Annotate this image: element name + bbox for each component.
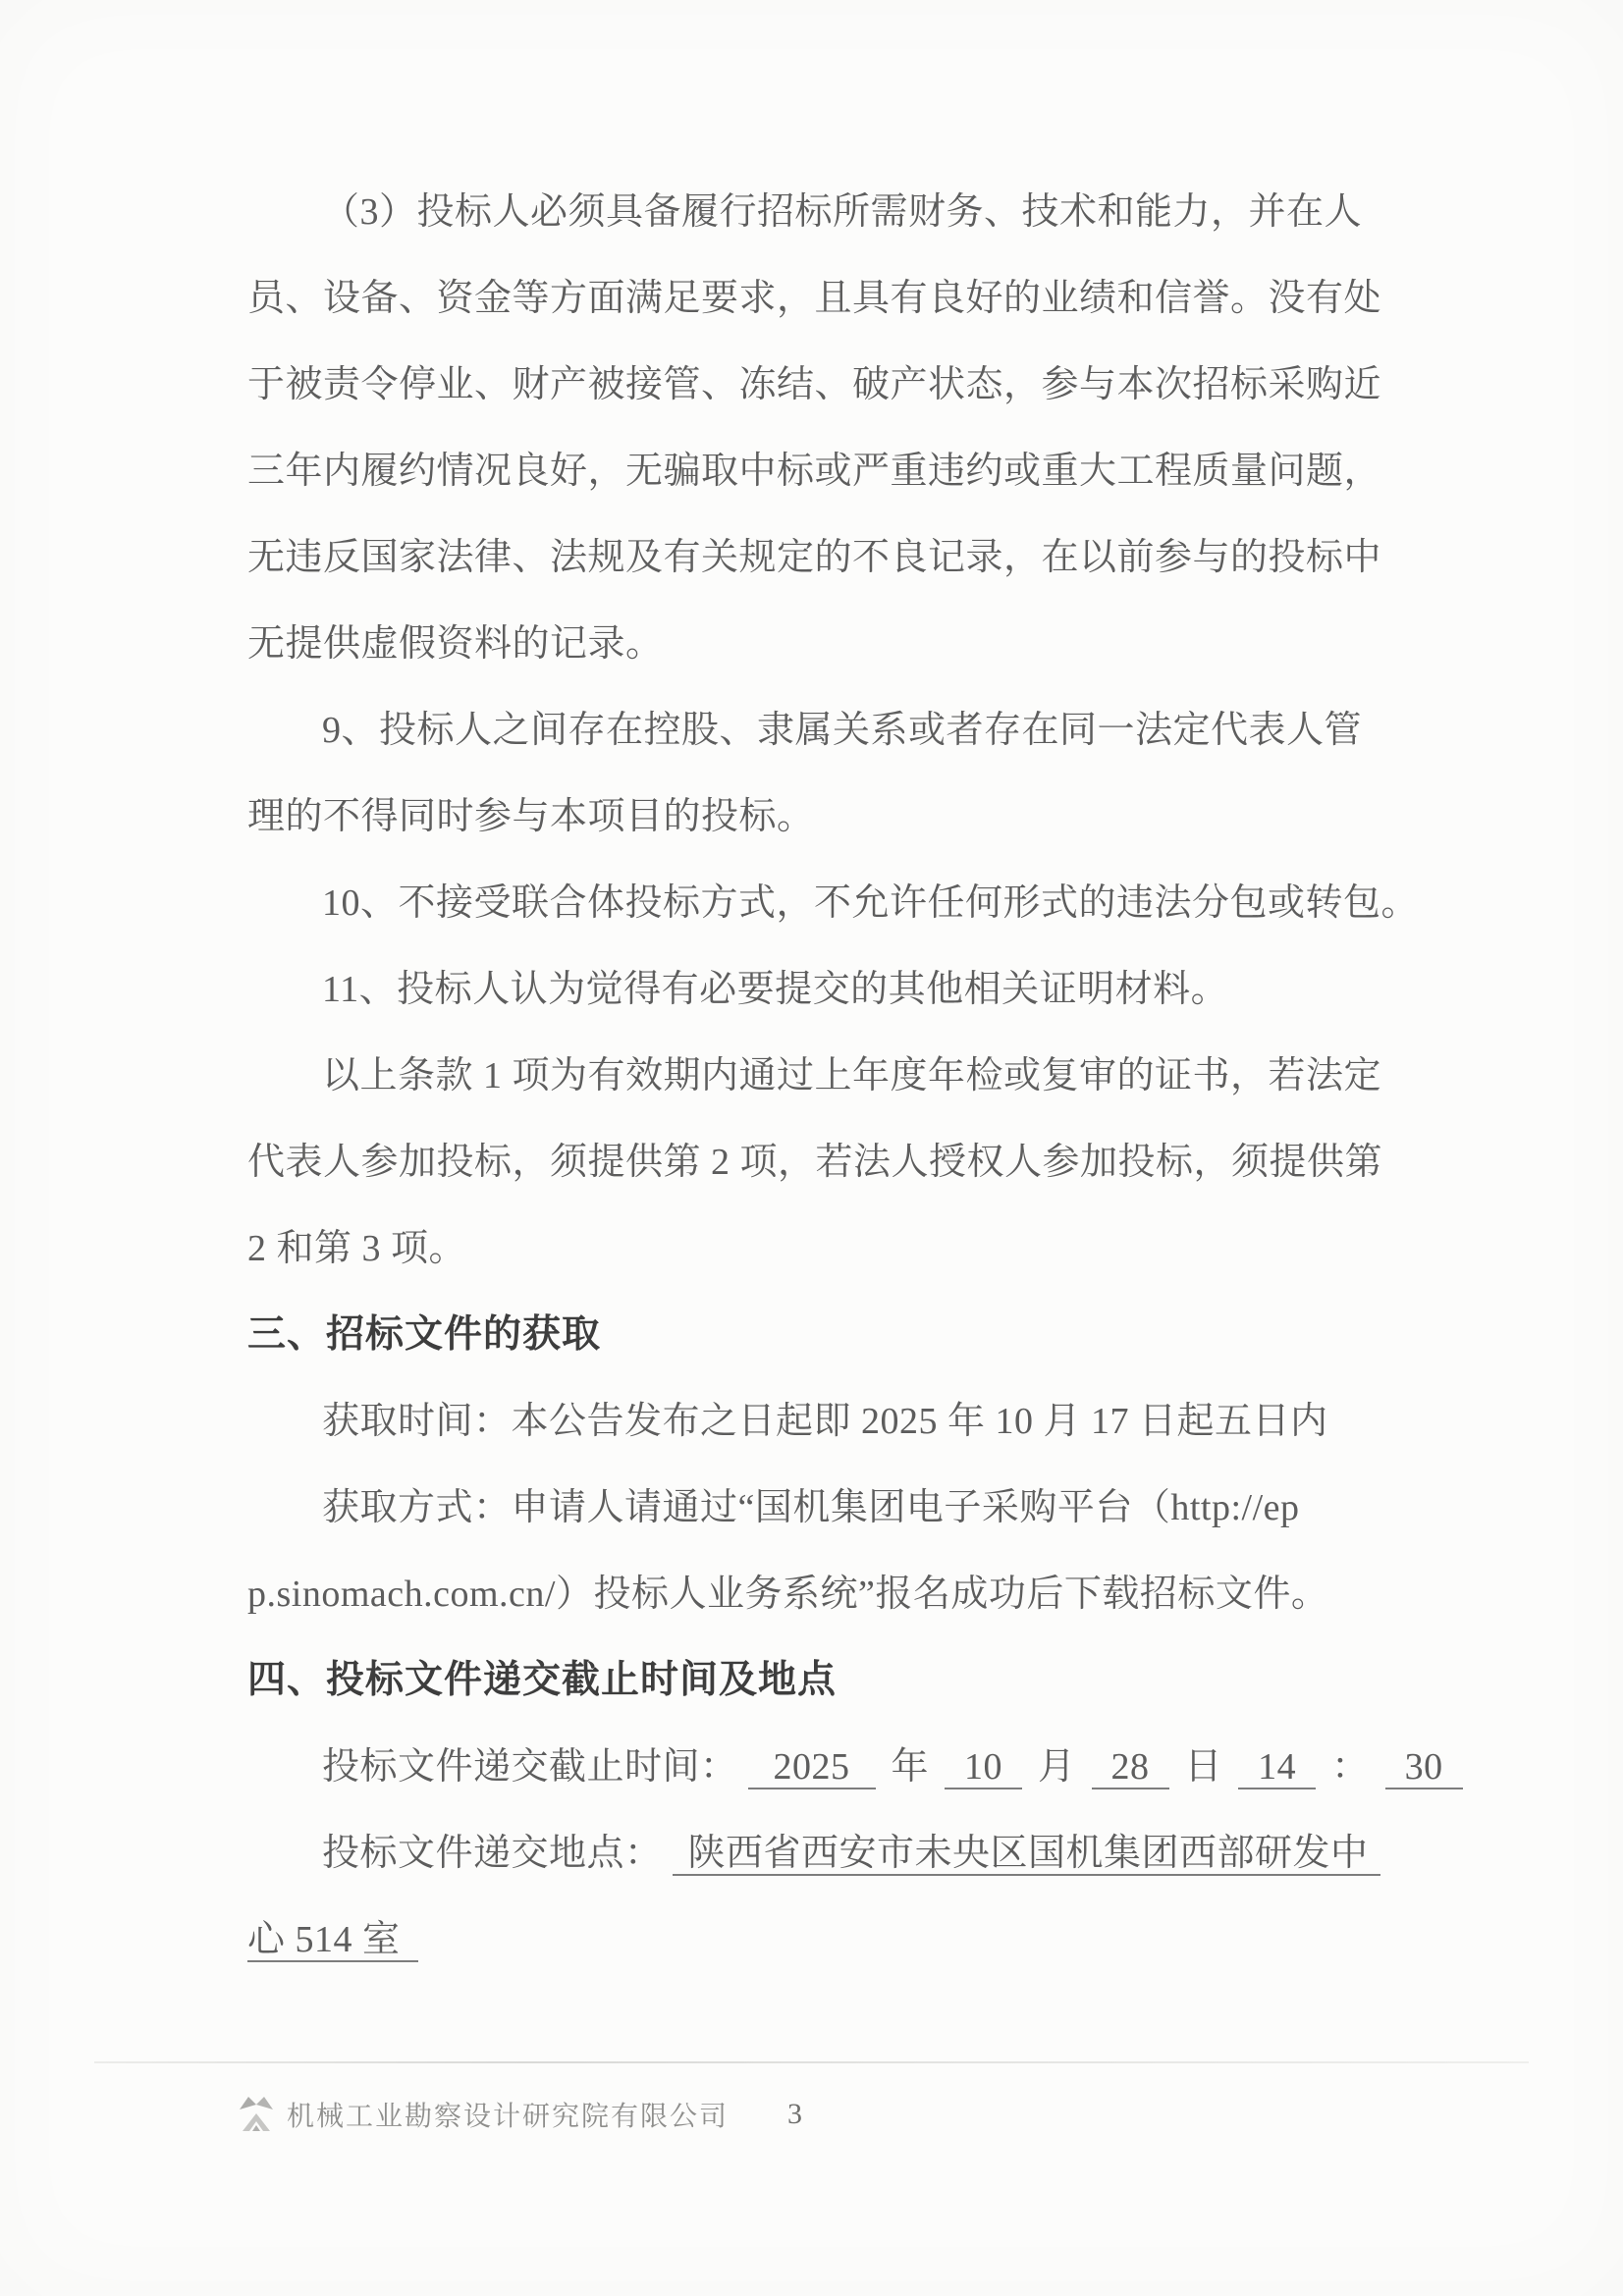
company-logo-icon xyxy=(238,2094,275,2135)
address-line: 投标文件递交地点： 陕西省西安市未央区国机集团西部研发中 xyxy=(247,1810,1377,1896)
page-footer: 机械工业勘察设计研究院有限公司 xyxy=(238,2087,729,2142)
paragraph-line: 2 和第 3 项。 xyxy=(247,1205,1377,1292)
paragraph-line: 员、设备、资金等方面满足要求，且具有良好的业绩和信誉。没有处 xyxy=(247,255,1377,342)
colon-separator: ： xyxy=(1331,1746,1370,1788)
section-heading-3: 三、招标文件的获取 xyxy=(247,1292,1377,1378)
address-continuation-line: 心 514 室 xyxy=(247,1896,1377,1983)
obtain-method-line: 获取方式：申请人请通过“国机集团电子采购平台（http://ep xyxy=(247,1465,1377,1551)
year-unit-label: 年 xyxy=(892,1746,930,1788)
deadline-minute-blank: 30 xyxy=(1385,1746,1463,1789)
footer-company-name: 机械工业勘察设计研究院有限公司 xyxy=(287,2095,729,2134)
address-blank: 陕西省西安市未央区国机集团西部研发中 xyxy=(673,1833,1380,1876)
paragraph-line: 三年内履约情况良好，无骗取中标或严重违约或重大工程质量问题， xyxy=(247,428,1377,514)
month-unit-label: 月 xyxy=(1038,1746,1076,1788)
deadline-line: 投标文件递交截止时间： 2025 年 10 月 28 日 14 ： 30 xyxy=(247,1724,1377,1810)
paragraph-line: 理的不得同时参与本项目的投标。 xyxy=(247,774,1377,860)
deadline-year-blank: 2025 xyxy=(748,1746,876,1789)
document-body: （3）投标人必须具备履行招标所需财务、技术和能力，并在人 员、设备、资金等方面满… xyxy=(247,169,1377,1983)
paragraph-line-item-11: 11、投标人认为觉得有必要提交的其他相关证明材料。 xyxy=(247,946,1377,1033)
page-number: 3 xyxy=(787,2087,802,2142)
section-heading-4: 四、投标文件递交截止时间及地点 xyxy=(247,1637,1377,1724)
obtain-method-continuation-line: p.sinomach.com.cn/）投标人业务系统”报名成功后下载招标文件。 xyxy=(247,1551,1377,1637)
paragraph-line: 以上条款 1 项为有效期内通过上年度年检或复审的证书，若法定 xyxy=(247,1033,1377,1119)
deadline-month-blank: 10 xyxy=(945,1746,1022,1789)
paragraph-line-item-10: 10、不接受联合体投标方式，不允许任何形式的违法分包或转包。 xyxy=(247,860,1377,946)
deadline-day-blank: 28 xyxy=(1092,1746,1169,1789)
paragraph-line: 代表人参加投标，须提供第 2 项，若法人授权人参加投标，须提供第 xyxy=(247,1119,1377,1205)
deadline-label: 投标文件递交截止时间： xyxy=(322,1746,738,1788)
deadline-hour-blank: 14 xyxy=(1238,1746,1316,1789)
paragraph-line: 无违反国家法律、法规及有关规定的不良记录，在以前参与的投标中 xyxy=(247,514,1377,601)
paragraph-line: 于被责令停业、财产被接管、冻结、破产状态，参与本次招标采购近 xyxy=(247,342,1377,428)
paragraph-line: 无提供虚假资料的记录。 xyxy=(247,601,1377,687)
day-unit-label: 日 xyxy=(1185,1746,1223,1788)
paragraph-line-item-9: 9、投标人之间存在控股、隶属关系或者存在同一法定代表人管 xyxy=(247,687,1377,774)
paragraph-line: （3）投标人必须具备履行招标所需财务、技术和能力，并在人 xyxy=(247,169,1377,255)
address-label: 投标文件递交地点： xyxy=(322,1833,663,1874)
document-page: （3）投标人必须具备履行招标所需财务、技术和能力，并在人 员、设备、资金等方面满… xyxy=(0,0,1623,2296)
obtain-time-line: 获取时间：本公告发布之日起即 2025 年 10 月 17 日起五日内 xyxy=(247,1378,1377,1465)
footer-divider xyxy=(94,2061,1529,2063)
address-blank-continuation: 心 514 室 xyxy=(247,1919,418,1962)
